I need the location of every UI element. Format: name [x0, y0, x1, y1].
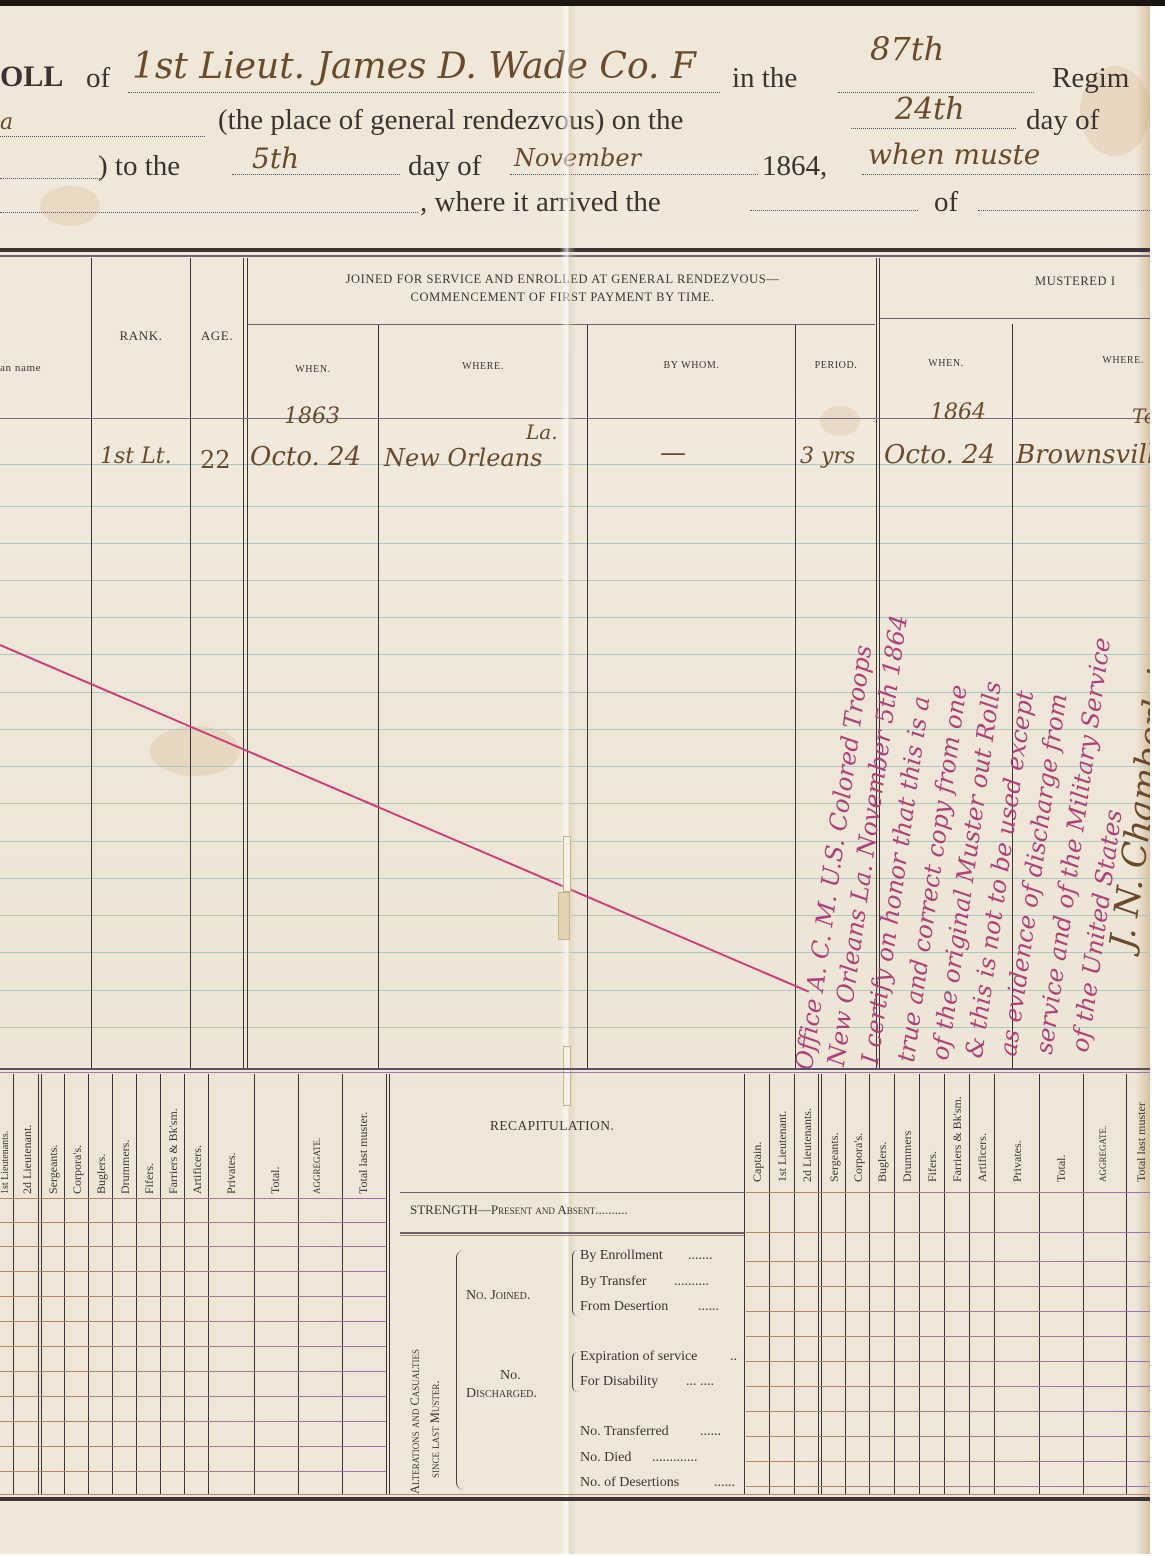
name-handwritten: 1st Lieut. James D. Wade Co. F	[132, 46, 696, 87]
bottom-section-top-rule	[0, 1068, 1150, 1070]
col-rule	[247, 258, 248, 1070]
col-artificers-r: Artificers.	[975, 1133, 990, 1182]
no-discharged-label-line2: Discharged.	[466, 1386, 537, 1402]
col-sergeants: Sergeants.	[46, 1145, 61, 1194]
joined-by-whom-header: BY WHOM.	[588, 360, 795, 371]
recapitulation-title: RECAPITULATION.	[490, 1118, 614, 1134]
dot-leader: ......	[700, 1424, 721, 1440]
discharged-brace	[572, 1352, 578, 1392]
other-item-died: No. Died	[580, 1450, 631, 1466]
col-2d-lieutenant: 2d Lieutenant.	[20, 1125, 35, 1194]
col-1st-lieutenants: 1st Lieutenants.	[0, 1131, 11, 1194]
month-handwritten: November	[514, 144, 641, 172]
joined-item-enrollment: By Enrollment	[580, 1248, 663, 1264]
col-artificers: Artificers.	[190, 1145, 205, 1194]
to-day-handwritten: 5th	[252, 142, 299, 175]
mustered-year-cell: 1864	[930, 400, 986, 425]
dot-leader: ..........	[674, 1274, 709, 1290]
alterations-brace	[456, 1250, 464, 1490]
alterations-label-line2: since last Muster.	[428, 1381, 443, 1479]
col-aggregate-r: AGGREGATE.	[1098, 1126, 1108, 1182]
col-farriers-r: Farriers & Bk'sm.	[950, 1096, 965, 1182]
dot-leader: ... ....	[686, 1374, 714, 1390]
joined-when-header: WHEN.	[248, 364, 378, 375]
col-buglers-r: Buglers.	[875, 1142, 890, 1182]
rank-column-header: RANK.	[92, 328, 190, 344]
of-label-2: of	[934, 186, 958, 219]
col-total: Total.	[268, 1167, 283, 1195]
col-total-r: Total.	[1054, 1155, 1069, 1183]
joined-where-state-cell: La.	[526, 420, 558, 444]
col-rule	[795, 324, 796, 1070]
joined-item-transfer: By Transfer	[580, 1274, 647, 1290]
recap-divider	[400, 1232, 744, 1234]
staple	[563, 836, 571, 892]
to-the-label: ) to the	[98, 150, 180, 183]
month-field-line	[510, 174, 758, 175]
bottom-section-top-rule-2	[0, 1072, 1150, 1073]
col-captain: Captain.	[750, 1142, 765, 1182]
joined-brace	[572, 1250, 578, 1316]
col-rule	[243, 258, 244, 1070]
mustered-group-header: MUSTERED I	[1035, 274, 1150, 289]
discharged-item-disability: For Disability	[580, 1374, 658, 1390]
col-farriers: Farriers & Bk'sm.	[166, 1108, 181, 1194]
col-fifers: Fifers.	[142, 1163, 157, 1194]
staple	[558, 892, 570, 940]
signature: J. N. Chamberlain	[1102, 645, 1150, 952]
joined-where-header: WHERE.	[379, 361, 587, 372]
col-fifers-r: Fifers.	[925, 1151, 940, 1182]
paper-stain	[150, 726, 240, 776]
dot-leader: ......	[698, 1299, 719, 1315]
joined-when-cell: Octo. 24	[250, 442, 361, 472]
col-rule	[91, 258, 92, 1070]
col-corporals-r: Corpora's.	[851, 1133, 866, 1182]
place-handwritten: a	[0, 110, 13, 135]
col-drummers-r: Drummers	[900, 1131, 915, 1182]
col-buglers: Buglers.	[94, 1154, 109, 1194]
recap-divider	[400, 1192, 744, 1193]
rank-cell: 1st Lt.	[100, 444, 172, 469]
day-handwritten: 24th	[895, 92, 965, 127]
dot-leader: ..	[730, 1349, 737, 1365]
when-field-line	[862, 174, 1150, 175]
name-column-header: an name	[0, 362, 60, 374]
title-fragment: OLL	[0, 60, 63, 94]
joined-year-cell: 1863	[284, 404, 340, 429]
staple	[563, 1046, 571, 1106]
other-item-desertions: No. of Desertions	[580, 1475, 679, 1491]
muster-roll-page: OLL of 1st Lieut. James D. Wade Co. F in…	[0, 6, 1150, 1554]
col-total-last-muster-r: Total last muster	[1134, 1102, 1149, 1182]
col-rule	[587, 324, 588, 1070]
regiment-handwritten: 87th	[870, 30, 944, 68]
year-label: 1864,	[762, 150, 827, 183]
paper-stain	[820, 406, 860, 436]
arrived-month-field-line	[978, 210, 1150, 211]
mustered-where-header: WHERE.	[1012, 355, 1150, 366]
col-2d-lieutenants: 2d Lieutenants.	[800, 1108, 815, 1182]
period-cell: 3 yrs	[800, 444, 855, 469]
bottom-rule-thick	[0, 1497, 1150, 1501]
cancel-diagonal-line	[0, 644, 809, 992]
mustered-where-state-cell: Te.	[1132, 404, 1150, 428]
no-discharged-label-line1: No.	[500, 1368, 521, 1384]
day-of-label: day of	[1026, 104, 1099, 137]
day-field-line	[851, 128, 1016, 129]
mustered-when-cell: Octo. 24	[884, 440, 995, 470]
bottom-rule-thin	[0, 1494, 1150, 1495]
arrived-day-field-line	[750, 210, 918, 211]
mustered-where-cell: Brownsville	[1016, 440, 1150, 470]
center-fold	[560, 6, 576, 1554]
mustered-group-underline	[880, 318, 1150, 319]
strength-leader: ..........	[595, 1202, 628, 1217]
in-the-label: in the	[732, 62, 797, 95]
col-sergeants-r: Sergeants.	[827, 1133, 842, 1182]
by-whom-cell: —	[660, 438, 686, 468]
place-label: (the place of general rendezvous) on the	[218, 104, 683, 137]
joined-item-desertion: From Desertion	[580, 1299, 668, 1315]
when-handwritten: when muste	[868, 138, 1040, 171]
from-field-line	[0, 178, 100, 179]
day-of-label-2: day of	[408, 150, 481, 183]
age-column-header: AGE.	[191, 328, 243, 344]
of-label: of	[86, 62, 110, 95]
name-field-line	[128, 92, 720, 93]
dot-leader: .......	[688, 1248, 713, 1264]
joined-where-cell: New Orleans	[384, 444, 542, 472]
alterations-label-line1: Alterations and Casualties	[408, 1349, 423, 1494]
dot-leader: ......	[714, 1475, 735, 1491]
other-item-transferred: No. Transferred	[580, 1424, 669, 1440]
age-cell: 22	[200, 446, 231, 474]
paper-stain	[40, 186, 100, 226]
mustered-when-header: WHEN.	[880, 358, 1012, 369]
no-joined-label: No. Joined.	[466, 1288, 530, 1304]
strength-label: STRENGTH—Present and Absent..........	[410, 1202, 628, 1218]
where-arrived-label: , where it arrived the	[420, 186, 661, 219]
col-total-last-muster: Total last muster.	[356, 1112, 371, 1194]
col-privates-r: Privates.	[1010, 1140, 1025, 1182]
col-rule	[190, 258, 191, 1070]
dot-leader: .............	[652, 1450, 698, 1466]
place-field-line	[0, 136, 205, 137]
col-1st-lieutenant: 1st Lieutenant.	[775, 1111, 790, 1182]
col-aggregate: AGGREGATE.	[312, 1138, 322, 1194]
arrived-place-field-line	[0, 212, 418, 213]
col-drummers: Drummers.	[118, 1140, 133, 1194]
recap-divider	[400, 1235, 744, 1236]
joined-period-header: PERIOD.	[796, 360, 876, 371]
discharged-item-expiration: Expiration of service	[580, 1349, 697, 1365]
col-privates: Privates.	[224, 1152, 239, 1194]
regiment-label: Regim	[1052, 62, 1129, 95]
strength-prefix: STRENGTH—	[410, 1202, 491, 1217]
col-rule	[378, 324, 379, 1070]
strength-sub: Present and Absent	[491, 1202, 595, 1217]
col-corporals: Corpora's.	[70, 1145, 85, 1194]
